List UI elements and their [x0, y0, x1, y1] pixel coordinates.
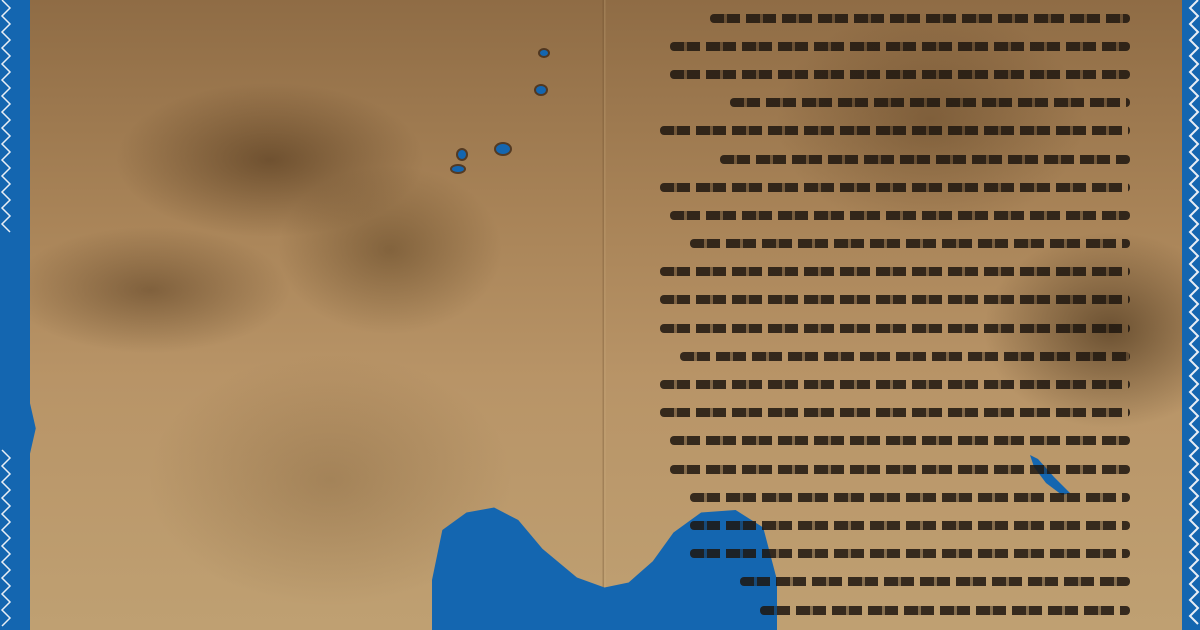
text-line: [650, 568, 1130, 596]
text-line: [650, 342, 1130, 370]
text-line: [650, 201, 1130, 229]
text-line: [650, 511, 1130, 539]
text-line: [650, 173, 1130, 201]
pinked-edge-left: [0, 0, 14, 630]
text-line: [650, 540, 1130, 568]
text-line: [650, 427, 1130, 455]
text-line: [650, 286, 1130, 314]
text-line: [650, 258, 1130, 286]
text-line: [650, 60, 1130, 88]
center-fold: [602, 0, 606, 630]
text-line: [650, 455, 1130, 483]
text-line: [650, 32, 1130, 60]
text-line: [650, 370, 1130, 398]
text-line: [650, 596, 1130, 624]
text-line: [650, 314, 1130, 342]
text-line: [650, 230, 1130, 258]
manuscript-text-column: [650, 4, 1130, 624]
text-line: [650, 483, 1130, 511]
text-line: [650, 4, 1130, 32]
pinked-edge-right: [1186, 0, 1200, 630]
text-line: [650, 145, 1130, 173]
text-line: [650, 89, 1130, 117]
text-line: [650, 399, 1130, 427]
text-line: [650, 117, 1130, 145]
